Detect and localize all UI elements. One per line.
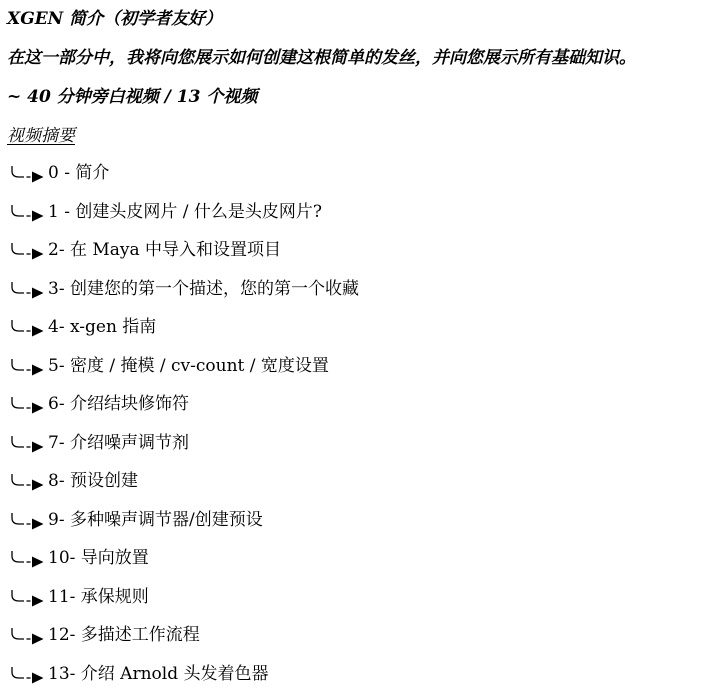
duration-line: ~ 40 分钟旁白视频 / 13 个视频 — [7, 87, 709, 107]
video-list-item: 11- 承保规则 — [10, 587, 709, 608]
video-list-item: 12- 多描述工作流程 — [10, 625, 709, 646]
elbow-dash-arrow-icon — [10, 356, 46, 377]
video-item-label: 4- x-gen 指南 — [48, 317, 156, 338]
elbow-dash-arrow-icon — [10, 587, 46, 608]
summary-heading-row: 视频摘要 — [7, 126, 709, 146]
elbow-dash-arrow-icon — [10, 163, 46, 184]
document-page: XGEN 简介（初学者友好） 在这一部分中，我将向您展示如何创建这根简单的发丝，… — [0, 0, 721, 690]
page-title: XGEN 简介（初学者友好） — [7, 9, 709, 29]
video-list-item: 0 - 简介 — [10, 163, 709, 184]
video-item-label: 8- 预设创建 — [48, 471, 138, 492]
elbow-dash-arrow-icon — [10, 433, 46, 454]
video-list-item: 7- 介绍噪声调节剂 — [10, 433, 709, 454]
video-summary-heading: 视频摘要 — [7, 126, 75, 146]
elbow-dash-arrow-icon — [10, 394, 46, 415]
elbow-dash-arrow-icon — [10, 510, 46, 531]
video-list: 0 - 简介 1 - 创建头皮网片 / 什么是头皮网片? 2- 在 Maya 中… — [7, 163, 709, 685]
video-item-label: 5- 密度 / 掩模 / cv-count / 宽度设置 — [48, 356, 329, 377]
intro-paragraph: 在这一部分中，我将向您展示如何创建这根简单的发丝，并向您展示所有基础知识。 — [7, 48, 709, 68]
video-list-item: 6- 介绍结块修饰符 — [10, 394, 709, 415]
video-item-label: 9- 多种噪声调节器/创建预设 — [48, 510, 263, 531]
video-list-item: 10- 导向放置 — [10, 548, 709, 569]
video-item-label: 2- 在 Maya 中导入和设置项目 — [48, 240, 281, 261]
video-item-label: 6- 介绍结块修饰符 — [48, 394, 189, 415]
video-list-item: 8- 预设创建 — [10, 471, 709, 492]
video-item-label: 1 - 创建头皮网片 / 什么是头皮网片? — [48, 202, 322, 223]
video-item-label: 12- 多描述工作流程 — [48, 625, 200, 646]
video-item-label: 13- 介绍 Arnold 头发着色器 — [48, 664, 269, 685]
video-list-item: 5- 密度 / 掩模 / cv-count / 宽度设置 — [10, 356, 709, 377]
video-item-label: 10- 导向放置 — [48, 548, 149, 569]
video-list-item: 3- 创建您的第一个描述，您的第一个收藏 — [10, 279, 709, 300]
video-item-label: 11- 承保规则 — [48, 587, 149, 608]
video-list-item: 4- x-gen 指南 — [10, 317, 709, 338]
video-item-label: 3- 创建您的第一个描述，您的第一个收藏 — [48, 279, 359, 300]
video-list-item: 2- 在 Maya 中导入和设置项目 — [10, 240, 709, 261]
video-list-item: 1 - 创建头皮网片 / 什么是头皮网片? — [10, 202, 709, 223]
elbow-dash-arrow-icon — [10, 279, 46, 300]
elbow-dash-arrow-icon — [10, 471, 46, 492]
elbow-dash-arrow-icon — [10, 317, 46, 338]
video-item-label: 0 - 简介 — [48, 163, 109, 184]
elbow-dash-arrow-icon — [10, 202, 46, 223]
video-list-item: 13- 介绍 Arnold 头发着色器 — [10, 664, 709, 685]
elbow-dash-arrow-icon — [10, 548, 46, 569]
video-list-item: 9- 多种噪声调节器/创建预设 — [10, 510, 709, 531]
elbow-dash-arrow-icon — [10, 240, 46, 261]
video-item-label: 7- 介绍噪声调节剂 — [48, 433, 189, 454]
elbow-dash-arrow-icon — [10, 625, 46, 646]
elbow-dash-arrow-icon — [10, 664, 46, 685]
